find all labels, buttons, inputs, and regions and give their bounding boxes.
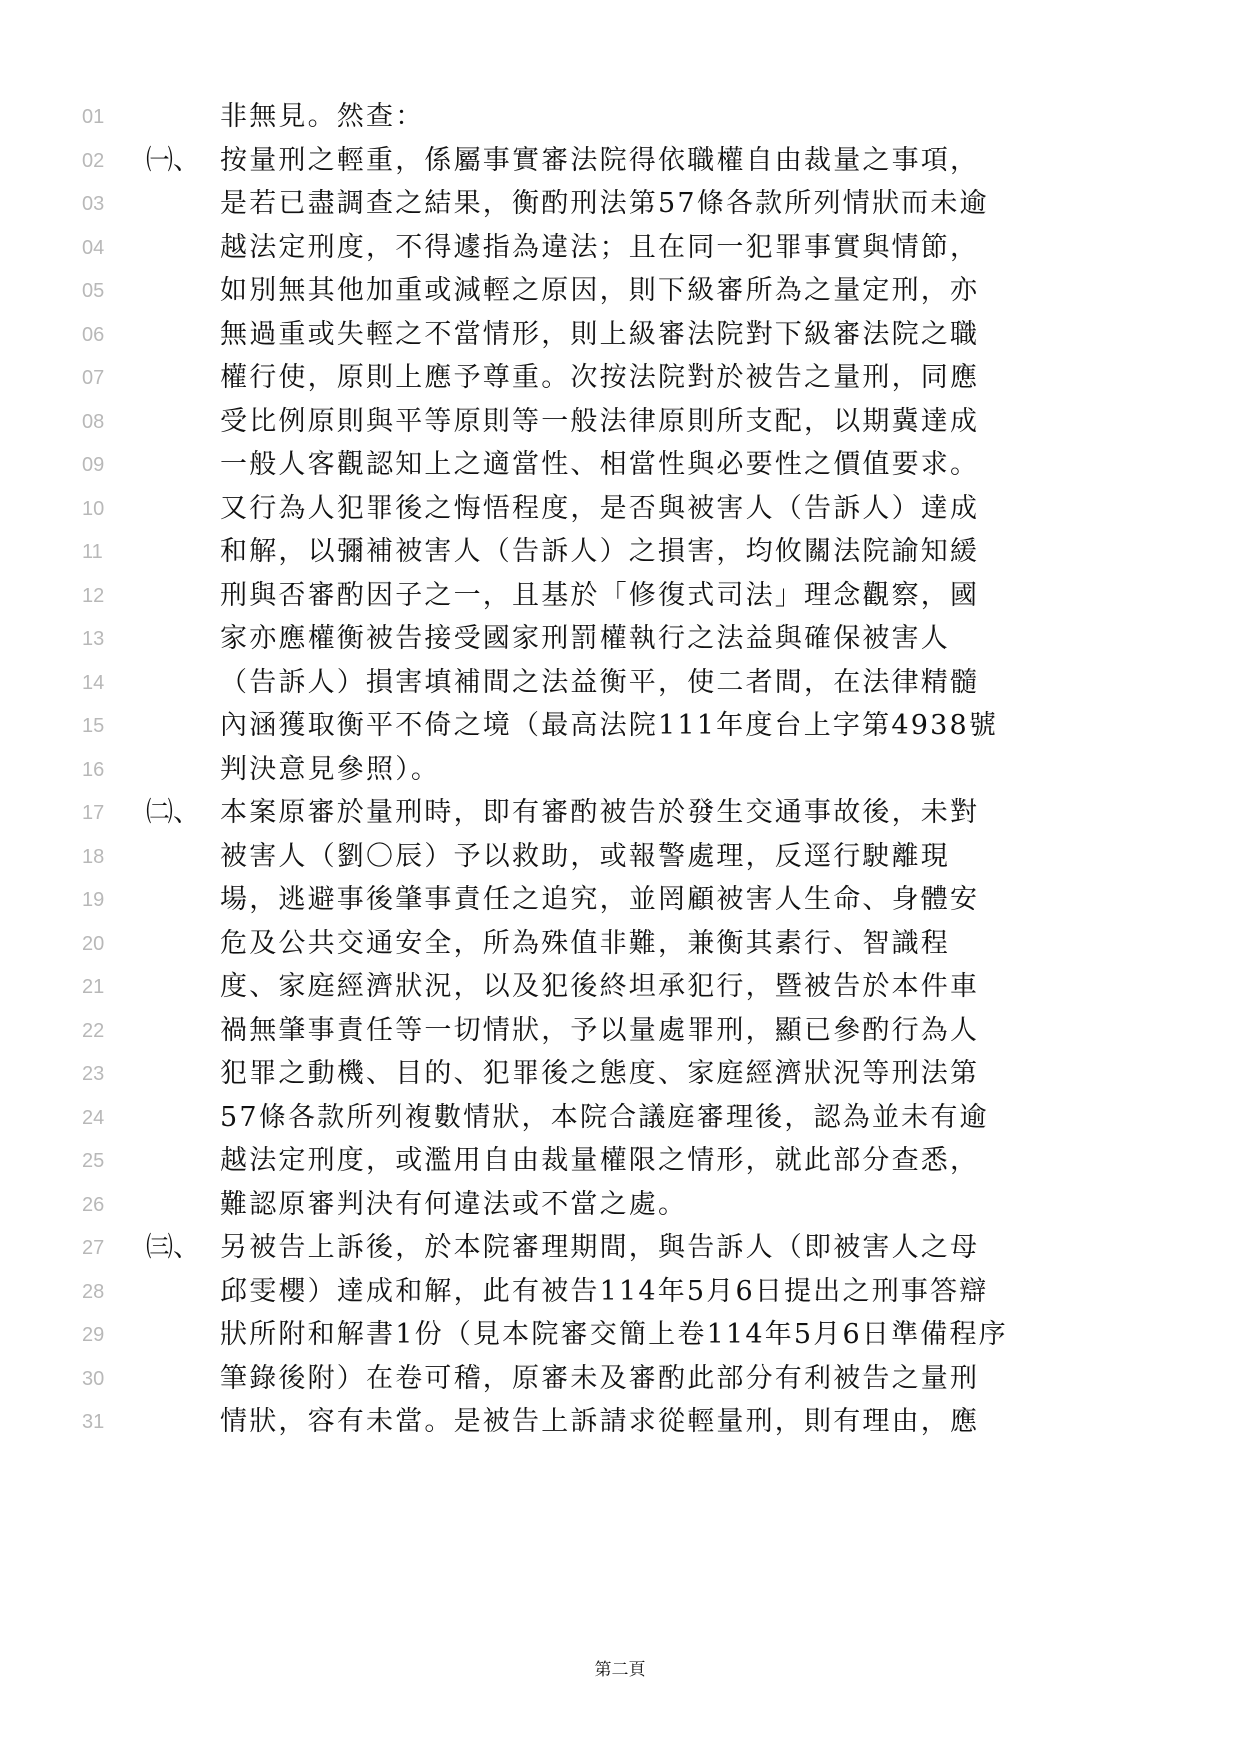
document-page: 01非無見。然查： 02㈠、按量刑之輕重，係屬事實審法院得依職權自由裁量之事項，…: [0, 0, 1240, 1755]
document-line: 12刑與否審酌因子之一，且基於「修復式司法」理念觀察，國: [0, 572, 1240, 620]
document-line: 03是若已盡調查之結果，衡酌刑法第57條各款所列情狀而未逾: [0, 180, 1240, 228]
line-number: 26: [82, 1181, 122, 1229]
document-line: 11和解，以彌補被害人（告訴人）之損害，均攸關法院諭知緩: [0, 528, 1240, 576]
line-text: 刑與否審酌因子之一，且基於「修復式司法」理念觀察，國: [220, 572, 1090, 620]
line-text: 筆錄後附）在卷可稽，原審未及審酌此部分有利被告之量刑: [220, 1355, 1090, 1403]
section-marker: ㈢、: [146, 1224, 200, 1272]
line-number: 15: [82, 702, 122, 750]
line-number: 09: [82, 441, 122, 489]
page-number-label: 第二頁: [595, 1660, 646, 1680]
line-number: 19: [82, 876, 122, 924]
document-line: 04越法定刑度，不得遽指為違法；且在同一犯罪事實與情節，: [0, 224, 1240, 272]
line-text: 本案原審於量刑時，即有審酌被告於發生交通事故後，未對: [220, 789, 1090, 837]
line-number: 14: [82, 659, 122, 707]
line-number: 17: [82, 789, 122, 837]
line-number: 22: [82, 1007, 122, 1055]
document-line: 28邱雯櫻）達成和解，此有被告114年5月6日提出之刑事答辯: [0, 1268, 1240, 1316]
line-number: 20: [82, 920, 122, 968]
line-number: 21: [82, 963, 122, 1011]
line-number: 05: [82, 267, 122, 315]
line-number: 18: [82, 833, 122, 881]
line-text: 另被告上訴後，於本院審理期間，與告訴人（即被害人之母: [220, 1224, 1090, 1272]
document-line: 21度、家庭經濟狀況，以及犯後終坦承犯行，暨被告於本件車: [0, 963, 1240, 1011]
document-line: 31情狀，容有未當。是被告上訴請求從輕量刑，則有理由，應: [0, 1398, 1240, 1446]
document-line: 25越法定刑度，或濫用自由裁量權限之情形，就此部分查悉，: [0, 1137, 1240, 1185]
line-text: 禍無肇事責任等一切情狀，予以量處罪刑，顯已參酌行為人: [220, 1007, 1090, 1055]
document-line: 05如別無其他加重或減輕之原因，則下級審所為之量定刑，亦: [0, 267, 1240, 315]
document-line: 20危及公共交通安全，所為殊值非難，兼衡其素行、智識程: [0, 920, 1240, 968]
line-text: 判決意見參照）。: [220, 746, 1090, 794]
line-number: 12: [82, 572, 122, 620]
document-line: 26難認原審判決有何違法或不當之處。: [0, 1181, 1240, 1229]
line-text: 越法定刑度，或濫用自由裁量權限之情形，就此部分查悉，: [220, 1137, 1090, 1185]
line-text: 狀所附和解書1份（見本院審交簡上卷114年5月6日準備程序: [220, 1311, 1090, 1359]
line-text: 危及公共交通安全，所為殊值非難，兼衡其素行、智識程: [220, 920, 1090, 968]
line-text: 無過重或失輕之不當情形，則上級審法院對下級審法院之職: [220, 311, 1090, 359]
line-text: 受比例原則與平等原則等一般法律原則所支配，以期冀達成: [220, 398, 1090, 446]
document-line: 13家亦應權衡被告接受國家刑罰權執行之法益與確保被害人: [0, 615, 1240, 663]
line-text: 權行使，原則上應予尊重。次按法院對於被告之量刑，同應: [220, 354, 1090, 402]
line-text: 57條各款所列複數情狀，本院合議庭審理後，認為並未有逾: [220, 1094, 1090, 1142]
line-number: 31: [82, 1398, 122, 1446]
document-line: 07權行使，原則上應予尊重。次按法院對於被告之量刑，同應: [0, 354, 1240, 402]
document-line: 16判決意見參照）。: [0, 746, 1240, 794]
line-text: 被害人（劉〇辰）予以救助，或報警處理，反逕行駛離現: [220, 833, 1090, 881]
line-text: 按量刑之輕重，係屬事實審法院得依職權自由裁量之事項，: [220, 137, 1090, 185]
page-footer: 第二頁: [0, 1655, 1240, 1680]
line-text: 越法定刑度，不得遽指為違法；且在同一犯罪事實與情節，: [220, 224, 1090, 272]
line-text: 難認原審判決有何違法或不當之處。: [220, 1181, 1090, 1229]
document-line: 02㈠、按量刑之輕重，係屬事實審法院得依職權自由裁量之事項，: [0, 137, 1240, 185]
line-number: 16: [82, 746, 122, 794]
line-number: 08: [82, 398, 122, 446]
document-line: 22禍無肇事責任等一切情狀，予以量處罪刑，顯已參酌行為人: [0, 1007, 1240, 1055]
line-text: 邱雯櫻）達成和解，此有被告114年5月6日提出之刑事答辯: [220, 1268, 1090, 1316]
document-line: 09一般人客觀認知上之適當性、相當性與必要性之價值要求。: [0, 441, 1240, 489]
document-line: 14（告訴人）損害填補間之法益衡平，使二者間，在法律精髓: [0, 659, 1240, 707]
line-text: 一般人客觀認知上之適當性、相當性與必要性之價值要求。: [220, 441, 1090, 489]
document-line: 06無過重或失輕之不當情形，則上級審法院對下級審法院之職: [0, 311, 1240, 359]
document-line: 30筆錄後附）在卷可稽，原審未及審酌此部分有利被告之量刑: [0, 1355, 1240, 1403]
line-number: 27: [82, 1224, 122, 1272]
line-number: 03: [82, 180, 122, 228]
line-number: 02: [82, 137, 122, 185]
line-text: 和解，以彌補被害人（告訴人）之損害，均攸關法院諭知緩: [220, 528, 1090, 576]
line-text: 情狀，容有未當。是被告上訴請求從輕量刑，則有理由，應: [220, 1398, 1090, 1446]
document-line: 19場，逃避事後肇事責任之追究，並罔顧被害人生命、身體安: [0, 876, 1240, 924]
document-line: 17㈡、本案原審於量刑時，即有審酌被告於發生交通事故後，未對: [0, 789, 1240, 837]
document-line: 01非無見。然查：: [0, 93, 1240, 141]
line-number: 07: [82, 354, 122, 402]
document-line: 29狀所附和解書1份（見本院審交簡上卷114年5月6日準備程序: [0, 1311, 1240, 1359]
line-text: 如別無其他加重或減輕之原因，則下級審所為之量定刑，亦: [220, 267, 1090, 315]
line-number: 23: [82, 1050, 122, 1098]
line-number: 24: [82, 1094, 122, 1142]
line-text: 家亦應權衡被告接受國家刑罰權執行之法益與確保被害人: [220, 615, 1090, 663]
line-number: 10: [82, 485, 122, 533]
line-number: 13: [82, 615, 122, 663]
line-text: 非無見。然查：: [220, 93, 1090, 141]
line-number: 28: [82, 1268, 122, 1316]
line-number: 11: [82, 528, 122, 576]
document-line: 27㈢、另被告上訴後，於本院審理期間，與告訴人（即被害人之母: [0, 1224, 1240, 1272]
line-text: 場，逃避事後肇事責任之追究，並罔顧被害人生命、身體安: [220, 876, 1090, 924]
document-line: 23犯罪之動機、目的、犯罪後之態度、家庭經濟狀況等刑法第: [0, 1050, 1240, 1098]
section-marker: ㈠、: [146, 137, 200, 185]
line-number: 01: [82, 93, 122, 141]
line-text: 是若已盡調查之結果，衡酌刑法第57條各款所列情狀而未逾: [220, 180, 1090, 228]
line-number: 29: [82, 1311, 122, 1359]
line-number: 06: [82, 311, 122, 359]
line-text: 又行為人犯罪後之悔悟程度，是否與被害人（告訴人）達成: [220, 485, 1090, 533]
line-number: 04: [82, 224, 122, 272]
document-line: 2457條各款所列複數情狀，本院合議庭審理後，認為並未有逾: [0, 1094, 1240, 1142]
line-number: 30: [82, 1355, 122, 1403]
line-text: 內涵獲取衡平不倚之境（最高法院111年度台上字第4938號: [220, 702, 1090, 750]
section-marker: ㈡、: [146, 789, 200, 837]
line-text: 度、家庭經濟狀況，以及犯後終坦承犯行，暨被告於本件車: [220, 963, 1090, 1011]
document-line: 10又行為人犯罪後之悔悟程度，是否與被害人（告訴人）達成: [0, 485, 1240, 533]
line-text: （告訴人）損害填補間之法益衡平，使二者間，在法律精髓: [220, 659, 1090, 707]
line-number: 25: [82, 1137, 122, 1185]
document-line: 15內涵獲取衡平不倚之境（最高法院111年度台上字第4938號: [0, 702, 1240, 750]
document-line: 18被害人（劉〇辰）予以救助，或報警處理，反逕行駛離現: [0, 833, 1240, 881]
line-text: 犯罪之動機、目的、犯罪後之態度、家庭經濟狀況等刑法第: [220, 1050, 1090, 1098]
document-line: 08受比例原則與平等原則等一般法律原則所支配，以期冀達成: [0, 398, 1240, 446]
